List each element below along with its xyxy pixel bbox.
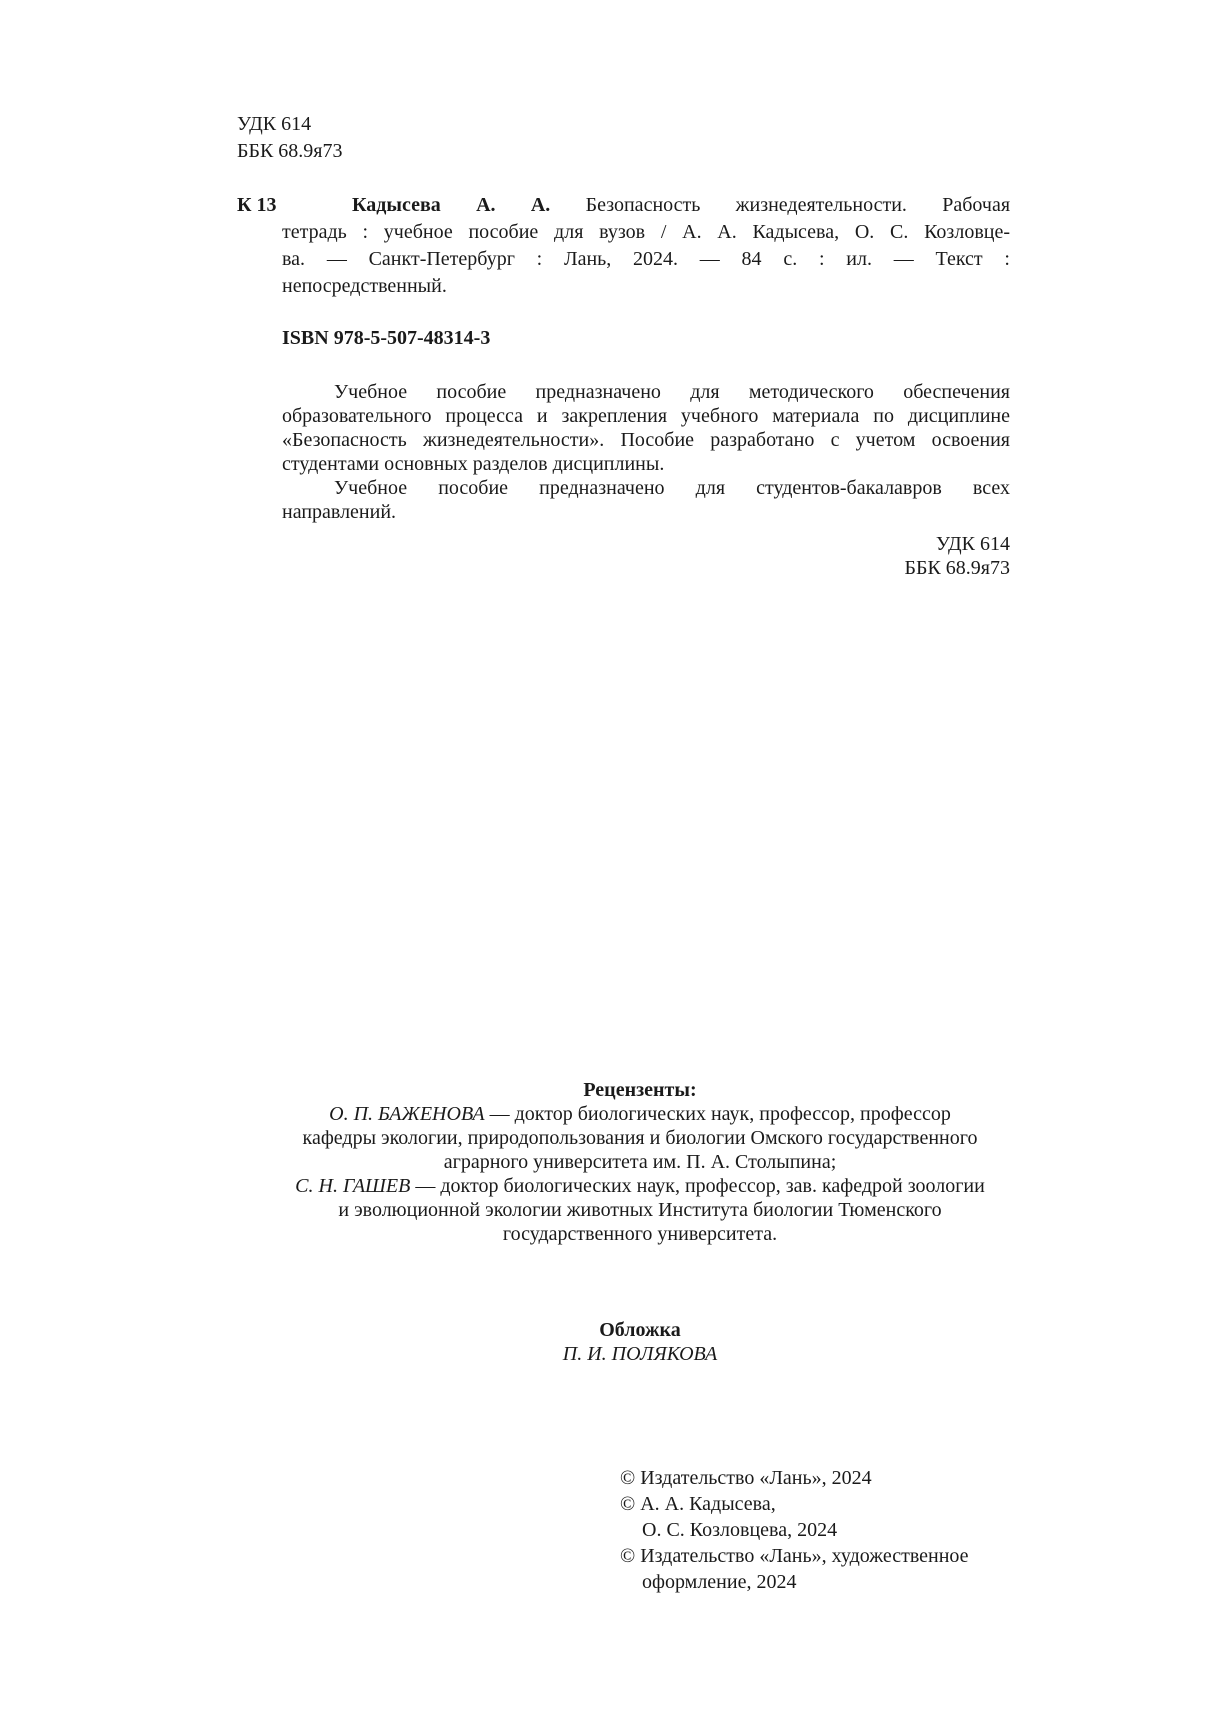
record-line-2: тетрадь : учебное пособие для вузов / А.… bbox=[282, 220, 1010, 247]
cover-credit: Обложка П. И. ПОЛЯКОВА bbox=[450, 1318, 830, 1366]
cover-heading: Обложка bbox=[450, 1318, 830, 1342]
copyright-line: © Издательство «Лань», 2024 bbox=[620, 1466, 969, 1492]
copyright-line: оформление, 2024 bbox=[620, 1570, 969, 1596]
author-sign: К 13 bbox=[237, 193, 352, 220]
reviewer-2-text: — доктор биологических наук, профессор, … bbox=[410, 1175, 984, 1197]
annotation-line: Учебное пособие предназначено для студен… bbox=[282, 476, 1010, 500]
reviewer-2-line-3: государственного университета. bbox=[250, 1222, 1030, 1246]
record-author: Кадысева А. А. bbox=[352, 194, 550, 216]
annotation-codes: УДК 614 ББК 68.9я73 bbox=[820, 532, 1010, 580]
bibliographic-record: К 13 Кадысева А. А. Безопасность жизнеде… bbox=[237, 193, 1010, 301]
copyright-line: О. С. Козловцева, 2024 bbox=[620, 1518, 969, 1544]
copyright-line: © А. А. Кадысева, bbox=[620, 1492, 969, 1518]
bbk-code: ББК 68.9я73 bbox=[820, 556, 1010, 580]
reviewers-block: Рецензенты: О. П. БАЖЕНОВА — доктор биол… bbox=[250, 1078, 1030, 1246]
annotation-line: направлений. bbox=[282, 500, 1010, 524]
reviewer-2-name: С. Н. ГАШЕВ bbox=[295, 1175, 410, 1197]
udk-code: УДК 614 bbox=[820, 532, 1010, 556]
record-title: Безопасность жизнедеятельности. Рабочая bbox=[586, 194, 1010, 216]
annotation-line: Учебное пособие предназначено для методи… bbox=[282, 380, 1010, 404]
copyright-line: © Издательство «Лань», художественное bbox=[620, 1544, 969, 1570]
reviewer-1-line-3: аграрного университета им. П. А. Столыпи… bbox=[250, 1150, 1030, 1174]
reviewer-1-line-2: кафедры экологии, природопользования и б… bbox=[250, 1126, 1030, 1150]
reviewers-heading: Рецензенты: bbox=[250, 1078, 1030, 1102]
bbk-code: ББК 68.9я73 bbox=[237, 139, 343, 166]
annotation-line: «Безопасность жизнедеятельности». Пособи… bbox=[282, 428, 1010, 452]
record-first-line: Кадысева А. А. Безопасность жизнедеятель… bbox=[352, 193, 1010, 220]
annotation-line: образовательного процесса и закрепления … bbox=[282, 404, 1010, 428]
reviewer-2-line-2: и эволюционной экологии животных Институ… bbox=[250, 1198, 1030, 1222]
reviewer-1-line-1: О. П. БАЖЕНОВА — доктор биологических на… bbox=[250, 1102, 1030, 1126]
annotation: Учебное пособие предназначено для методи… bbox=[282, 380, 1010, 524]
copyright-block: © Издательство «Лань», 2024 © А. А. Кады… bbox=[620, 1466, 969, 1596]
udk-code: УДК 614 bbox=[237, 112, 343, 139]
reviewer-1-name: О. П. БАЖЕНОВА bbox=[329, 1103, 484, 1125]
classification-codes: УДК 614 ББК 68.9я73 bbox=[237, 112, 343, 166]
reviewer-2-line-1: С. Н. ГАШЕВ — доктор биологических наук,… bbox=[250, 1174, 1030, 1198]
cover-designer: П. И. ПОЛЯКОВА bbox=[450, 1342, 830, 1366]
annotation-line: студентами основных разделов дисциплины. bbox=[282, 452, 1010, 476]
record-line-3: ва. — Санкт-Петербург : Лань, 2024. — 84… bbox=[282, 247, 1010, 274]
record-line-4: непосредственный. bbox=[282, 274, 1010, 301]
isbn: ISBN 978-5-507-48314-3 bbox=[282, 326, 490, 350]
reviewer-1-text: — доктор биологических наук, профессор, … bbox=[485, 1103, 951, 1125]
